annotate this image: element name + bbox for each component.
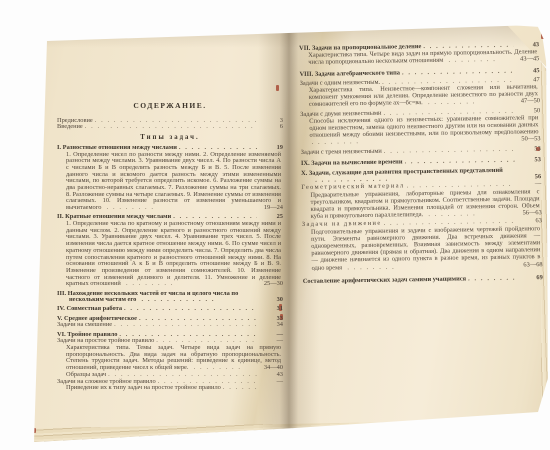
dot-leader: . . . . . . . . [310,138,362,146]
toc-entry: Предисловие . . . . . . . . . . . . . . … [57,118,283,125]
toc-entry-text: X. Задачи, служащие для развития простра… [301,167,503,177]
page-number: 53 [517,157,541,165]
page-number: 25—30 [259,281,283,288]
dot-leader: . . . . . . . . . . . . . . . . . . . . … [139,316,257,323]
page-number: 45 [515,67,539,75]
dot-leader: . . . . . . . . . . . . . . . . . . . . … [114,322,257,329]
dot-leader: . . . . . . . . [423,99,478,107]
page-number: 30 [259,297,283,304]
right-page-entries: VII. Задачи на пропорциональное деление … [299,41,543,285]
toc-entry-text: Задачи с тремя неизвестными [301,147,382,155]
page-number: 69 [519,274,543,282]
page-stack-right-edge [541,22,550,422]
dot-leader: . . . . . . . . . . . . . . . . . . . . … [85,124,257,131]
toc-entry: Предварительные упражнения, лабораторные… [310,188,541,220]
toc-entry-text: Характеристика типа. Четыре вида задач н… [308,48,537,66]
toc-entry-text: VIII. Задачи алгебраического типа [299,69,400,78]
dot-leader-dots: . . . . . . . . [312,138,360,146]
dot-leader: . . . . . . . . . . . . . . . . . . . . … [384,145,515,154]
dot-leader: . . . . . . . . . . . . . . . . . . . . … [223,385,257,392]
dot-leader: . . . . . . . . . . . . . . . . . . . . … [402,67,514,76]
toc-entry-text: IV. Совместная работа [57,306,122,313]
page-number: 63—68 [519,261,543,269]
toc-entry: Подготовительные упражнения и задачи с и… [311,225,543,272]
red-mark [276,85,279,91]
page-number: 43—45 [515,55,539,63]
toc-entry-text: IX. Задачи на вычисление времени [301,159,403,168]
red-mark [541,32,546,39]
toc-entry-text: Приведение их к типу задач на простое тр… [66,385,221,392]
dot-leader: . . . . . . . . . . . . . . . . . . . . … [124,306,257,313]
left-page-entries: Предисловие . . . . . . . . . . . . . . … [57,118,283,392]
page-number: 34 [259,322,283,329]
toc-entry: Способы исключения одного из неизвестных… [309,114,540,146]
toc-entry: Характеристика типа. Четыре вида задач н… [308,48,539,66]
page-number: 47—50 [516,98,540,106]
toc-entry: 1. Определение чисел по разности между н… [66,152,283,212]
dot-leader-dots: . . . . . . . . . . . . [138,296,215,303]
dot-leader: . . . . . . . . [342,263,397,271]
toc-entry: Задачи на смешение . . . . . . . . . . .… [57,322,283,329]
toc-entry: 1. Определение числа по кратному и разно… [66,221,283,288]
dot-leader-dots: . . . . . . . . [344,263,395,271]
toc-entry-text: Задачи на смешение [57,322,112,329]
dot-leader-dots: . . . . . . . . [425,211,476,219]
dot-leader: . . . . . . . . [188,364,243,371]
contents-title: СОДЕРЖАНИЕ. [57,103,283,110]
dot-leader: . . . . . . . . . . . . . . . . . . . . … [95,118,257,125]
red-mark [31,428,36,433]
page-stack-left-edge [11,30,37,442]
toc-entry: Приведение их к типу задач на простое тр… [66,385,283,392]
page-number: 56—63 [518,209,542,217]
dot-leader: . . . . . . . . [121,280,176,287]
toc-entry-text: 1. Определение числа по кратному и разно… [66,220,281,287]
dot-leader: . . . . . . . . [101,204,156,211]
dot-leader-dots: . . . . . . . . [425,99,476,107]
open-book: СОДЕРЖАНИЕ. Предисловие . . . . . . . . … [0,0,550,450]
toc-entry-text: Способы исключения одного из неизвестных… [309,114,538,139]
page-number: 53 [517,145,541,153]
toc-entry: Характеристика типа. Неизвестное—компоне… [309,83,540,108]
dot-leader: . . . . . . . . . . . . . . . . . . . . … [404,157,515,166]
page-number: — [259,379,283,386]
right-page: VII. Задачи на пропорциональное деление … [299,36,543,285]
page-number: 50—53 [517,136,541,144]
toc-entry-text: 1. Определение чисел по разности между н… [66,151,281,212]
toc-entry: Типы задач. [57,135,283,142]
toc-entry: Введение . . . . . . . . . . . . . . . .… [57,124,283,131]
toc-entry-text: Типы задач. [140,134,199,141]
page-number: 31 [259,306,283,313]
dot-leader: . . . . . . . . [423,210,478,218]
toc-entry: III. Нахождение нескольких частей от чис… [57,291,283,304]
toc-entry-text: Характеристика типа. Темы задач. Четыре … [66,344,281,371]
toc-entry: IV. Совместная работа . . . . . . . . . … [57,306,283,313]
red-mark [13,41,18,45]
dot-leader: . . . . . . . . [443,56,498,64]
dot-leader: . . . . . . . . . . . . [136,296,217,303]
page-number: 6 [259,124,283,131]
dot-leader-dots: . . . . . . . . [123,280,174,287]
left-page: СОДЕРЖАНИЕ. Предисловие . . . . . . . . … [57,103,283,392]
toc-entry-text: Введение [57,124,83,131]
page-number: 19—24 [259,205,283,212]
book-photo: СОДЕРЖАНИЕ. Предисловие . . . . . . . . … [0,0,550,450]
dot-leader-dots: . . . . . . . . [445,56,496,64]
toc-entry: Задачи с тремя неизвестными . . . . . . … [301,145,541,156]
dot-leader-dots: . . . . . . . . [103,204,154,211]
dot-leader: . . . . . . . . . . . . . . . . . . . . … [468,274,517,282]
dot-leader-dots: . . . . . . . . [190,364,241,371]
toc-entry: Характеристика типа. Темы задач. Четыре … [66,345,283,372]
